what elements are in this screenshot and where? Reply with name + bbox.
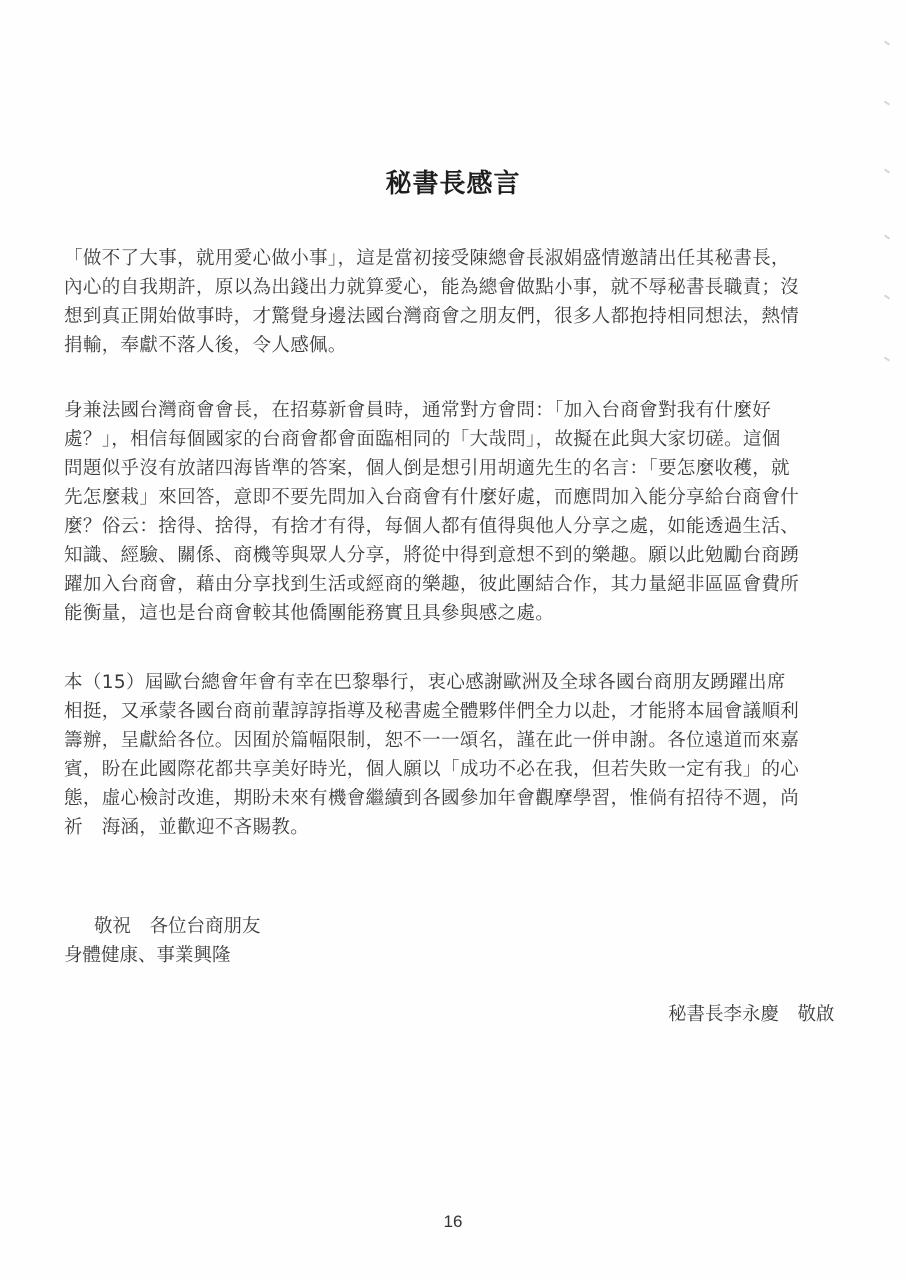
text-line: 態，虛心檢討改進，期盼未來有機會繼續到各國參加年會觀摩學習，惟倘有招待不週，尚 bbox=[64, 784, 854, 813]
closing-wishes: 身體健康、事業興隆 bbox=[64, 941, 231, 970]
text-line: 捐輸，奉獻不落人後，令人感佩。 bbox=[64, 331, 854, 360]
document-page: 秘書長感言 「做不了大事，就用愛心做小事」，這是當初接受陳總會長淑娟盛情邀請出任… bbox=[0, 0, 906, 1280]
text-line: 「做不了大事，就用愛心做小事」，這是當初接受陳總會長淑娟盛情邀請出任其秘書長， bbox=[64, 244, 854, 273]
closing-greeting: 敬祝 各位台商朋友 bbox=[94, 912, 261, 941]
text-line: 祈 海涵，並歡迎不吝賜教。 bbox=[64, 813, 854, 842]
scan-artifact bbox=[884, 356, 890, 361]
text-line: 先怎麼栽」來回答，意即不要先問加入台商會有什麼好處，而應問加入能分享給台商會什 bbox=[64, 483, 854, 512]
text-line: 躍加入台商會，藉由分享找到生活或經商的樂趣，彼此團結合作，其力量絕非區區會費所 bbox=[64, 570, 854, 599]
page-number: 16 bbox=[0, 1212, 906, 1232]
scan-artifact bbox=[884, 100, 890, 105]
text-line: 知識、經驗、關係、商機等與眾人分享，將從中得到意想不到的樂趣。願以此勉勵台商踴 bbox=[64, 541, 854, 570]
text-line: 想到真正開始做事時，才驚覺身邊法國台灣商會之朋友們，很多人都抱持相同想法，熱情 bbox=[64, 302, 854, 331]
scan-artifact bbox=[884, 234, 890, 239]
text-line: 內心的自我期許，原以為出錢出力就算愛心，能為總會做點小事，就不辱秘書長職責；沒 bbox=[64, 273, 854, 302]
paragraph-3: 本（15）屆歐台總會年會有幸在巴黎舉行，衷心感謝歐洲及全球各國台商朋友踴躍出席 … bbox=[64, 668, 854, 842]
scan-artifact bbox=[884, 40, 890, 45]
paragraph-2: 身兼法國台灣商會會長，在招募新會員時，通常對方會問：「加入台商會對我有什麼好 處… bbox=[64, 396, 854, 628]
signature: 秘書長李永慶 敬啟 bbox=[668, 1000, 835, 1029]
page-title: 秘書長感言 bbox=[0, 163, 906, 200]
text-line: 籌辦，呈獻給各位。因囿於篇幅限制，恕不一一頌名，謹在此一併申謝。各位遠道而來嘉 bbox=[64, 726, 854, 755]
paragraph-1: 「做不了大事，就用愛心做小事」，這是當初接受陳總會長淑娟盛情邀請出任其秘書長， … bbox=[64, 244, 854, 360]
text-line: 本（15）屆歐台總會年會有幸在巴黎舉行，衷心感謝歐洲及全球各國台商朋友踴躍出席 bbox=[64, 668, 854, 697]
text-line: 能衡量，這也是台商會較其他僑團能務實且具參與感之處。 bbox=[64, 599, 854, 628]
text-line: 相挺，又承蒙各國台商前輩諄諄指導及秘書處全體夥伴們全力以赴，才能將本屆會議順利 bbox=[64, 697, 854, 726]
text-line: 問題似乎沒有放諸四海皆準的答案，個人倒是想引用胡適先生的名言：「要怎麼收穫，就 bbox=[64, 454, 854, 483]
text-line: 賓，盼在此國際花都共享美好時光，個人願以「成功不必在我，但若失敗一定有我」的心 bbox=[64, 755, 854, 784]
text-line: 麼？俗云：捨得、捨得，有捨才有得，每個人都有值得與他人分享之處，如能透過生活、 bbox=[64, 512, 854, 541]
text-line: 身兼法國台灣商會會長，在招募新會員時，通常對方會問：「加入台商會對我有什麼好 bbox=[64, 396, 854, 425]
text-line: 處？」，相信每個國家的台商會都會面臨相同的「大哉問」，故擬在此與大家切磋。這個 bbox=[64, 425, 854, 454]
scan-artifact bbox=[884, 294, 890, 299]
